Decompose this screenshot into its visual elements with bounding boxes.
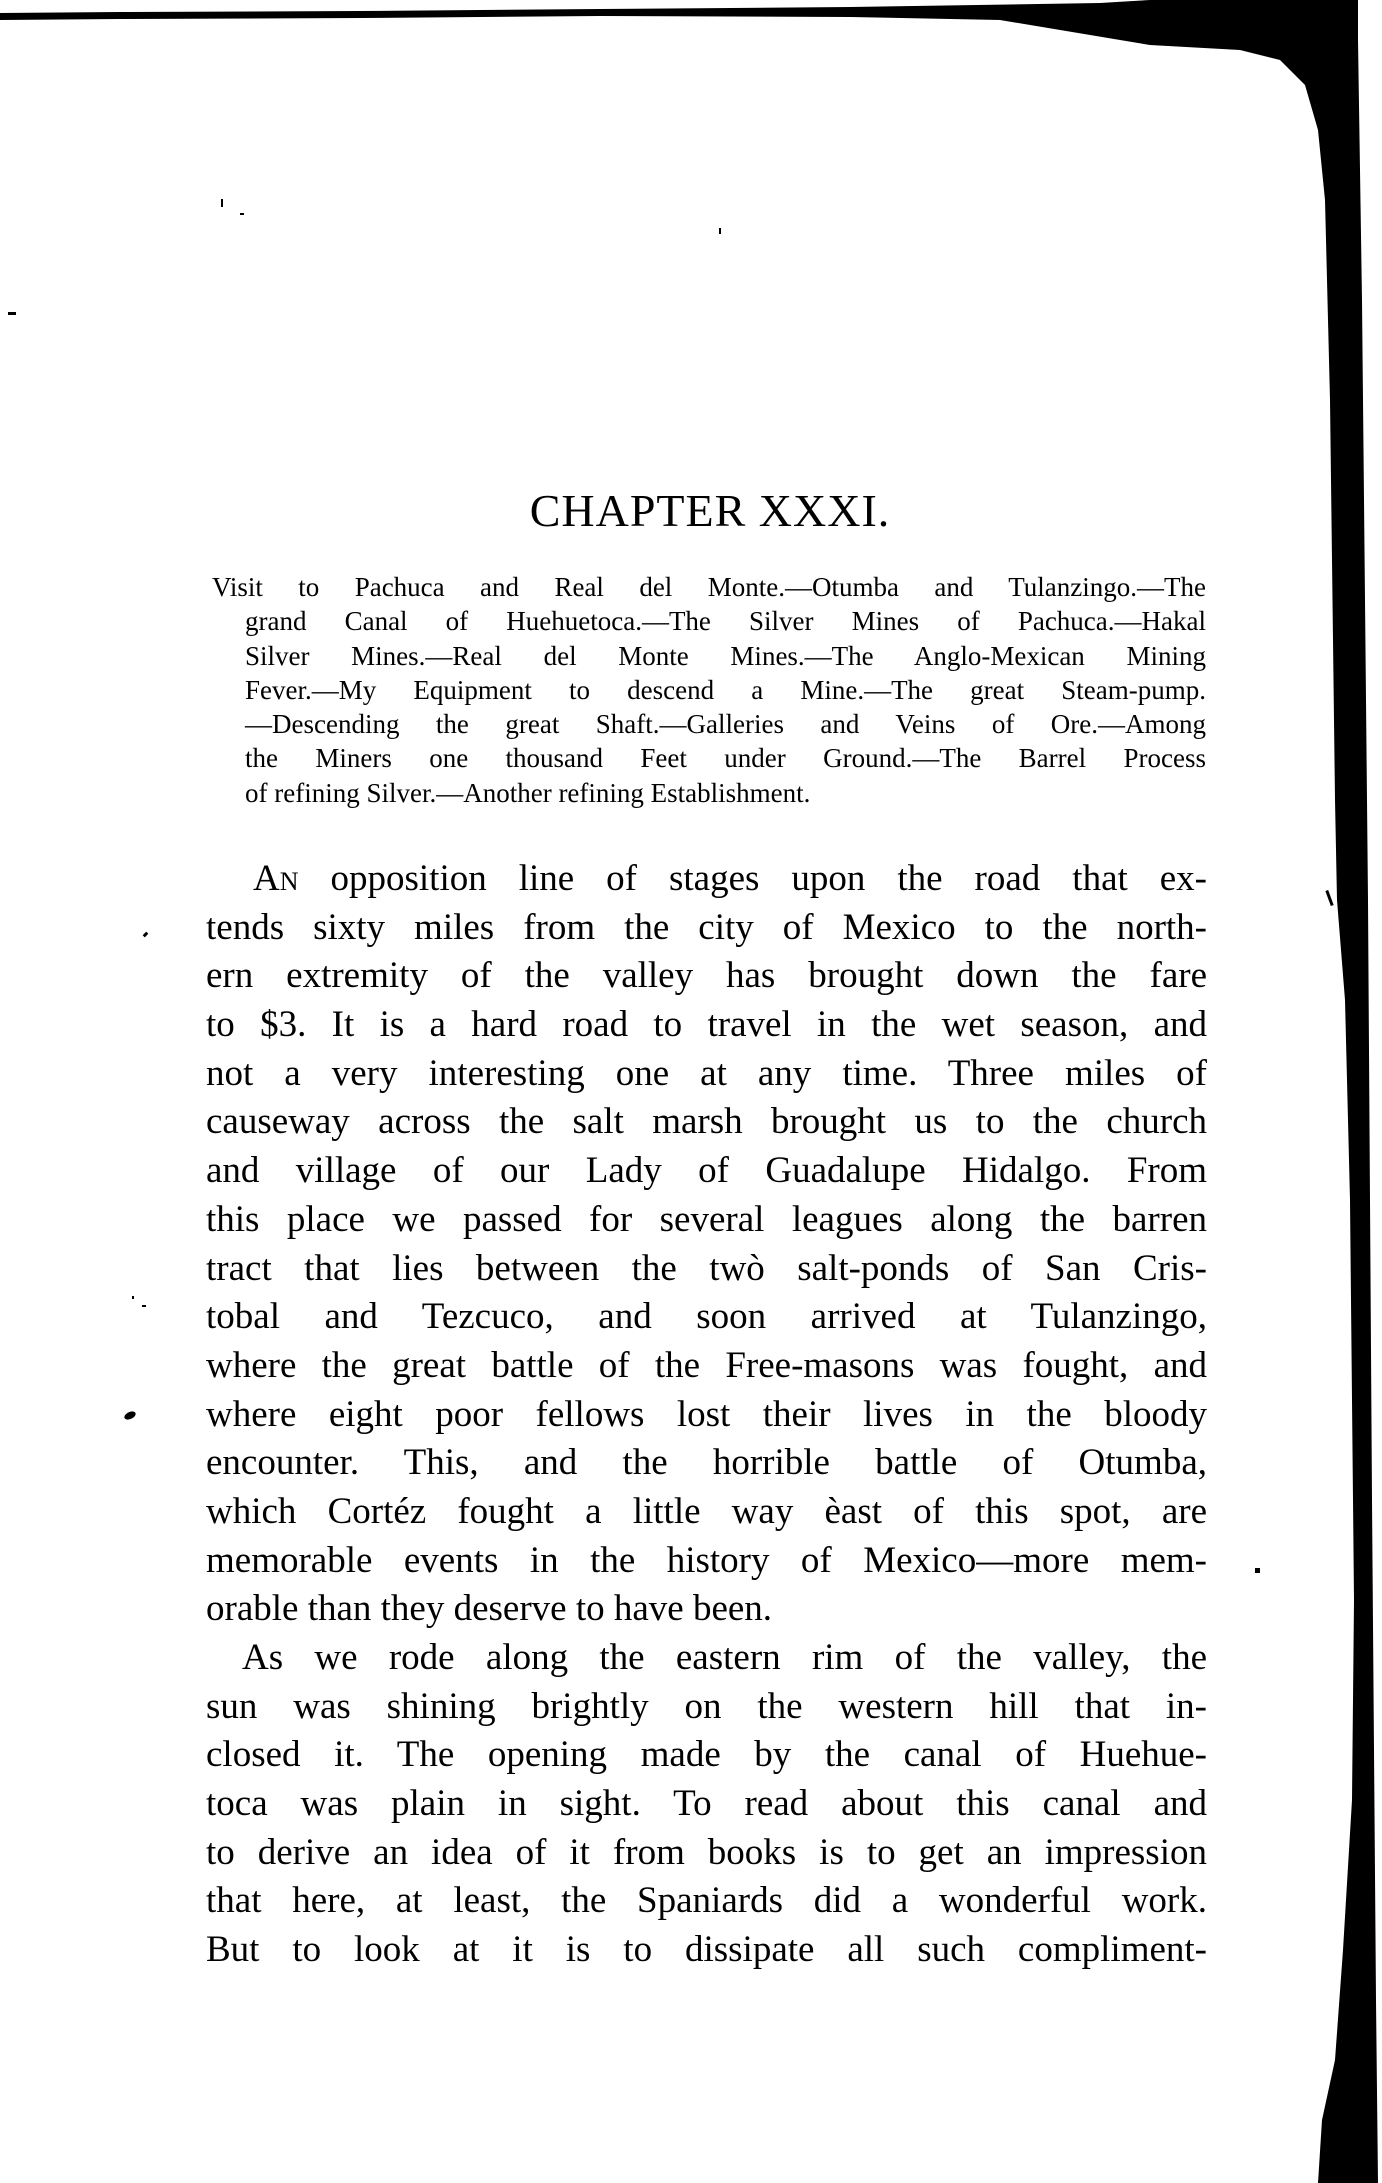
body-line: which Cortéz fought a little way èast of… bbox=[206, 1488, 1207, 1537]
scan-speck bbox=[132, 1296, 134, 1299]
body-line: sun was shining brightly on the western … bbox=[206, 1683, 1207, 1732]
body-line: closed it. The opening made by the canal… bbox=[206, 1731, 1207, 1780]
chapter-heading: CHAPTER XXXI. bbox=[520, 488, 900, 534]
chapter-body: An opposition line of stages upon the ro… bbox=[206, 855, 1207, 1975]
drop-initial: An bbox=[253, 858, 299, 899]
summary-line: —Descending the great Shaft.—Galleries a… bbox=[245, 707, 1206, 741]
paragraph: An opposition line of stages upon the ro… bbox=[206, 855, 1207, 1634]
scan-speck bbox=[240, 213, 244, 215]
body-line: to $3. It is a hard road to travel in th… bbox=[206, 1001, 1207, 1050]
scan-speck bbox=[143, 932, 149, 938]
body-line: tobal and Tezcuco, and soon arrived at T… bbox=[206, 1293, 1207, 1342]
body-line: ern extremity of the valley has brought … bbox=[206, 952, 1207, 1001]
body-line: not a very interesting one at any time. … bbox=[206, 1050, 1207, 1099]
body-line: where eight poor fellows lost their live… bbox=[206, 1391, 1207, 1440]
scan-speck bbox=[1255, 1568, 1260, 1573]
body-line: tends sixty miles from the city of Mexic… bbox=[206, 904, 1207, 953]
scan-speck bbox=[8, 312, 16, 315]
scan-speck bbox=[123, 1410, 137, 1421]
body-line: causeway across the salt marsh brought u… bbox=[206, 1098, 1207, 1147]
body-line: this place we passed for several leagues… bbox=[206, 1196, 1207, 1245]
scan-speck bbox=[221, 199, 223, 207]
body-line: and village of our Lady of Guadalupe Hid… bbox=[206, 1147, 1207, 1196]
body-line: that here, at least, the Spaniards did a… bbox=[206, 1877, 1207, 1926]
paragraph: As we rode along the eastern rim of the … bbox=[206, 1634, 1207, 1975]
body-line: tract that lies between the twò salt-pon… bbox=[206, 1245, 1207, 1294]
book-page: CHAPTER XXXI. Visit to Pachuca and Real … bbox=[0, 0, 1382, 2183]
body-line-text: opposition line of stages upon the road … bbox=[299, 858, 1208, 899]
body-line: But to look at it is to dissipate all su… bbox=[206, 1926, 1207, 1975]
summary-line: grand Canal of Huehuetoca.—The Silver Mi… bbox=[245, 604, 1206, 638]
summary-line: of refining Silver.—Another refining Est… bbox=[245, 776, 1206, 810]
scan-speck bbox=[142, 1305, 146, 1307]
body-line: memorable events in the history of Mexic… bbox=[206, 1537, 1207, 1586]
body-line: where the great battle of the Free-mason… bbox=[206, 1342, 1207, 1391]
body-line: toca was plain in sight. To read about t… bbox=[206, 1780, 1207, 1829]
scan-speck bbox=[1325, 890, 1333, 906]
summary-line: Visit to Pachuca and Real del Monte.—Otu… bbox=[212, 570, 1206, 604]
body-line: As we rode along the eastern rim of the … bbox=[242, 1634, 1207, 1683]
chapter-summary: Visit to Pachuca and Real del Monte.—Otu… bbox=[212, 570, 1206, 810]
summary-line: the Miners one thousand Feet under Groun… bbox=[245, 741, 1206, 775]
body-line: to derive an idea of it from books is to… bbox=[206, 1829, 1207, 1878]
body-line: orable than they deserve to have been. bbox=[206, 1585, 1207, 1634]
body-line: encounter. This, and the horrible battle… bbox=[206, 1439, 1207, 1488]
scan-speck bbox=[719, 228, 721, 234]
summary-line: Fever.—My Equipment to descend a Mine.—T… bbox=[245, 673, 1206, 707]
body-line: An opposition line of stages upon the ro… bbox=[253, 855, 1207, 904]
summary-line: Silver Mines.—Real del Monte Mines.—The … bbox=[245, 639, 1206, 673]
